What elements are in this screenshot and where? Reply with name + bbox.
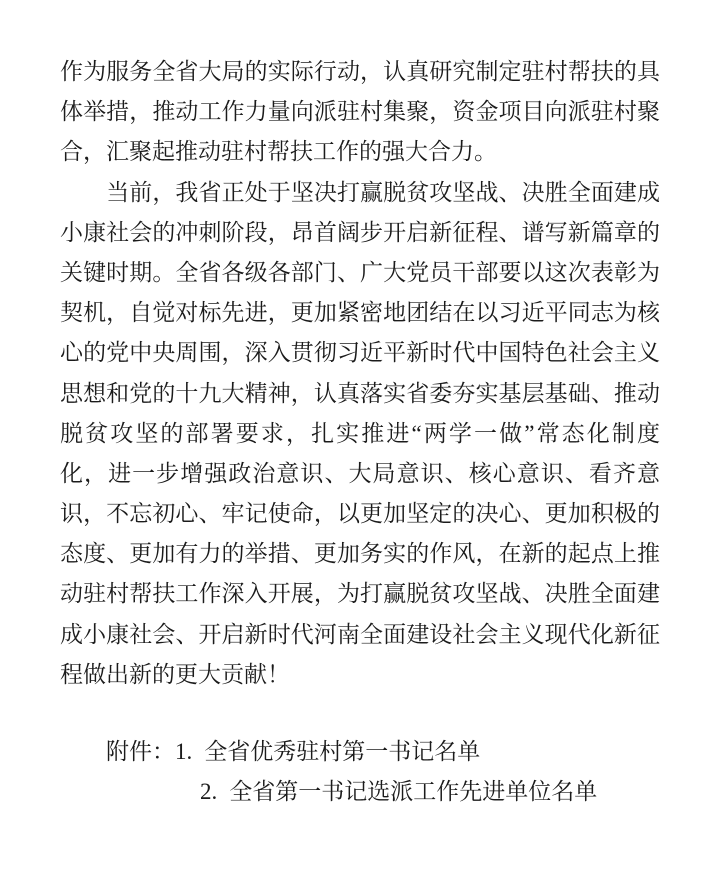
text-line: 态度、更加有力的举措、更加务实的作风，在新的起点上推 (60, 534, 660, 574)
text-line: 当前，我省正处于坚决打赢脱贫攻坚战、决胜全面建成 (60, 173, 660, 213)
text-line: 脱贫攻坚的部署要求，扎实推进“两学一做”常态化制度 (60, 414, 660, 454)
attachment-item-2-number: 2. (200, 779, 217, 804)
attachment-list: 附件：1.全省优秀驻村第一书记名单 2.全省第一书记选派工作先进单位名单 (60, 732, 660, 812)
text-line: 作为服务全省大局的实际行动，认真研究制定驻村帮扶的具 (60, 52, 660, 92)
document-lines: 作为服务全省大局的实际行动，认真研究制定驻村帮扶的具体举措，推动工作力量向派驻村… (60, 52, 660, 695)
text-line: 小康社会的冲刺阶段，昂首阔步开启新征程、谱写新篇章的 (60, 213, 660, 253)
text-line: 关键时期。全省各级各部门、广大党员干部要以这次表彰为 (60, 253, 660, 293)
text-line: 化，进一步增强政治意识、大局意识、核心意识、看齐意 (60, 454, 660, 494)
text-line: 体举措，推动工作力量向派驻村集聚，资金项目向派驻村聚 (60, 92, 660, 132)
text-line: 心的党中央周围，深入贯彻习近平新时代中国特色社会主义 (60, 333, 660, 373)
text-line: 合，汇聚起推动驻村帮扶工作的强大合力。 (60, 132, 660, 172)
attachment-label: 附件： (106, 739, 175, 764)
text-line: 契机，自觉对标先进，更加紧密地团结在以习近平同志为核 (60, 293, 660, 333)
text-line: 思想和党的十九大精神，认真落实省委夯实基层基础、推动 (60, 374, 660, 414)
text-line: 动驻村帮扶工作深入开展，为打赢脱贫攻坚战、决胜全面建 (60, 574, 660, 614)
attachment-item-2: 2.全省第一书记选派工作先进单位名单 (60, 772, 660, 812)
text-line: 识，不忘初心、牢记使命，以更加坚定的决心、更加积极的 (60, 494, 660, 534)
text-line: 成小康社会、开启新时代河南全面建设社会主义现代化新征 (60, 615, 660, 655)
attachment-item-1: 附件：1.全省优秀驻村第一书记名单 (60, 732, 660, 772)
attachment-item-1-title: 全省优秀驻村第一书记名单 (204, 739, 480, 764)
attachment-item-2-title: 全省第一书记选派工作先进单位名单 (229, 779, 597, 804)
document-body: 作为服务全省大局的实际行动，认真研究制定驻村帮扶的具体举措，推动工作力量向派驻村… (60, 52, 660, 812)
document-page: 作为服务全省大局的实际行动，认真研究制定驻村帮扶的具体举措，推动工作力量向派驻村… (0, 0, 720, 876)
text-line: 程做出新的更大贡献！ (60, 655, 660, 695)
attachment-item-1-number: 1. (175, 739, 192, 764)
